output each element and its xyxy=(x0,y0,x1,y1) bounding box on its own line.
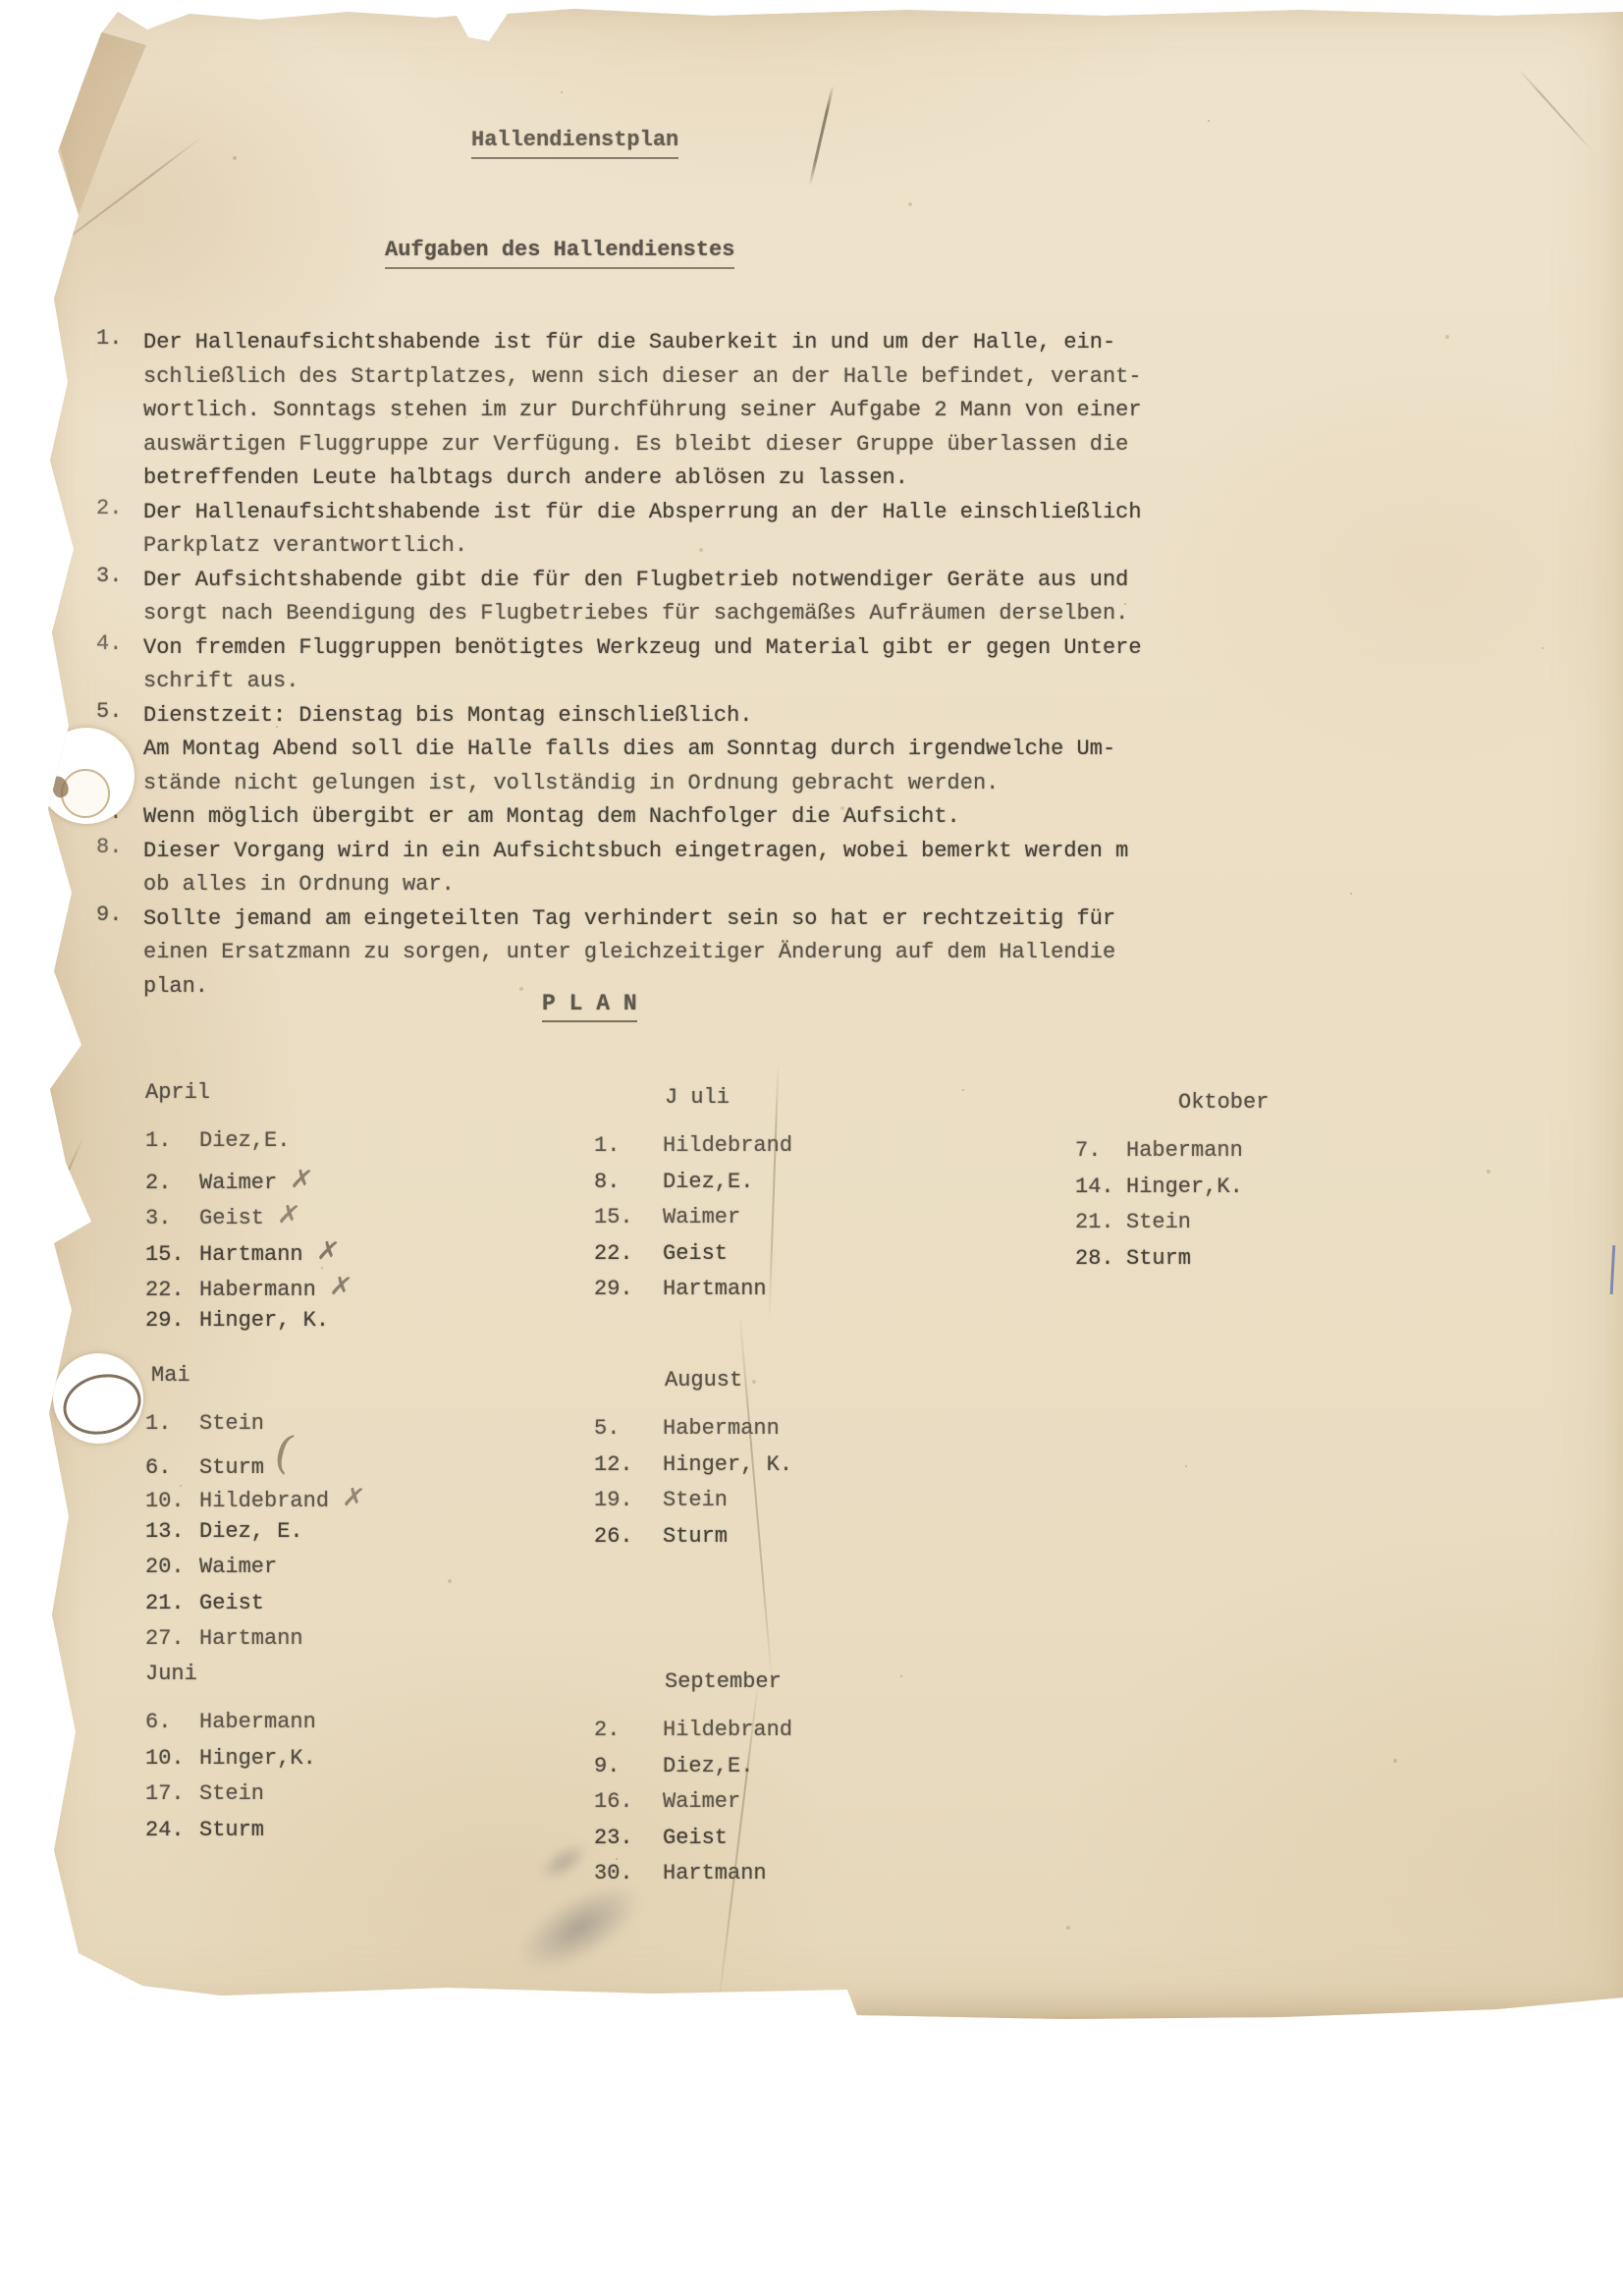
month-mai: Mai1.Stein6.Sturm(10.Hildebrand✗13.Diez,… xyxy=(145,1363,365,1663)
plan-day: 6. xyxy=(145,1455,199,1480)
plan-person-name: Geist xyxy=(663,1826,728,1850)
document-subtitle: Aufgaben des Hallendienstes xyxy=(385,238,734,269)
plan-entry: 16.Waimer xyxy=(594,1789,792,1826)
plan-entry: 20.Waimer xyxy=(145,1555,365,1591)
month-juli: J uli1.Hildebrand8.Diez,E.15.Waimer22.Ge… xyxy=(594,1085,792,1313)
handwritten-mark: ✗ xyxy=(315,1234,342,1268)
plan-person-name: Hartmann xyxy=(663,1277,767,1301)
rule-line: schließlich des Startplatzes, wenn sich … xyxy=(143,360,1569,395)
plan-entry: 12.Hinger, K. xyxy=(594,1452,792,1489)
rule-line: einen Ersatzmann zu sorgen, unter gleich… xyxy=(143,936,1569,970)
plan-person-name: Waimer xyxy=(199,1555,277,1579)
month-name: August xyxy=(665,1368,792,1393)
rule-line: Am Montag Abend soll die Halle falls die… xyxy=(143,733,1569,767)
plan-entry: 23.Geist xyxy=(594,1826,792,1862)
rule-line: plan. xyxy=(143,970,1569,1005)
handwritten-mark: ✗ xyxy=(289,1163,315,1196)
rule-line: Der Hallenaufsichtshabende ist für die A… xyxy=(143,496,1569,530)
plan-entry: 14.Hinger,K. xyxy=(1075,1175,1269,1211)
month-name: Juni xyxy=(145,1662,316,1686)
plan-day: 8. xyxy=(594,1170,663,1194)
rule-line: betreffenden Leute halbtags durch andere… xyxy=(143,462,1569,496)
plan-person-name: Hildebrand xyxy=(663,1133,792,1158)
plan-day: 22. xyxy=(594,1241,663,1266)
plan-day: 14. xyxy=(1075,1175,1126,1199)
rule-line: wortlich. Sonntags stehen im zur Durchfü… xyxy=(143,394,1569,428)
rule-line: Parkplatz verantwortlich. xyxy=(143,529,1569,564)
plan-entry: 22.Habermann✗ xyxy=(145,1272,352,1308)
plan-day: 3. xyxy=(145,1206,199,1230)
plan-person-name: Waimer xyxy=(663,1789,740,1814)
plan-day: 28. xyxy=(1075,1246,1126,1271)
plan-entry: 15.Waimer xyxy=(594,1205,792,1241)
plan-entry: 17.Stein xyxy=(145,1781,316,1818)
plan-person-name: Habermann xyxy=(199,1710,316,1734)
plan-person-name: Hildebrand xyxy=(663,1718,792,1742)
rule-text: Dienstzeit: Dienstag bis Montag einschli… xyxy=(143,699,1569,734)
rule-line: Dienstzeit: Dienstag bis Montag einschli… xyxy=(143,699,1569,734)
plan-day: 10. xyxy=(145,1746,199,1771)
punch-hole-inner-ring xyxy=(61,769,110,818)
month-april: April1.Diez,E.2.Waimer✗3.Geist✗15.Hartma… xyxy=(145,1080,352,1343)
plan-person-name: Habermann xyxy=(199,1278,316,1302)
plan-person-name: Hartmann xyxy=(663,1861,767,1886)
rule-line: auswärtigen Fluggruppe zur Verfügung. Es… xyxy=(143,428,1569,463)
rule-item: 1.Der Hallenaufsichtshabende ist für die… xyxy=(96,326,1569,496)
plan-day: 7. xyxy=(1075,1138,1126,1163)
plan-entry: 10.Hildebrand✗ xyxy=(145,1483,365,1519)
rule-number: 9. xyxy=(96,902,143,1005)
plan-entry: 29.Hinger, K. xyxy=(145,1308,352,1344)
plan-entry: 9.Diez,E. xyxy=(594,1754,792,1790)
plan-day: 2. xyxy=(594,1718,663,1742)
plan-entry: 8.Diez,E. xyxy=(594,1170,792,1206)
plan-day: 16. xyxy=(594,1789,663,1814)
plan-day: 26. xyxy=(594,1524,663,1549)
plan-person-name: Sturm xyxy=(199,1455,264,1480)
rule-text: Von fremden Fluggruppen benötigtes Werkz… xyxy=(143,631,1569,699)
plan-day: 6. xyxy=(145,1710,199,1734)
plan-entry: 3.Geist✗ xyxy=(145,1200,352,1236)
rule-number: 4. xyxy=(96,631,143,699)
rule-item: 5.Dienstzeit: Dienstag bis Montag einsch… xyxy=(96,699,1569,734)
plan-entry: 2.Waimer✗ xyxy=(145,1165,352,1201)
month-name: Oktober xyxy=(1178,1090,1269,1115)
plan-entry: 24.Sturm xyxy=(145,1818,316,1854)
rule-text: Sollte jemand am eingeteilten Tag verhin… xyxy=(143,902,1569,1005)
rule-text: Wenn möglich übergibt er am Montag dem N… xyxy=(143,800,1569,835)
paper-sheet: Hallendienstplan Aufgaben des Hallendien… xyxy=(25,4,1623,2019)
plan-day: 29. xyxy=(145,1308,199,1333)
typewritten-content: Hallendienstplan Aufgaben des Hallendien… xyxy=(25,4,1623,2019)
month-september: September2.Hildebrand9.Diez,E.16.Waimer2… xyxy=(594,1669,792,1897)
plan-person-name: Hinger,K. xyxy=(199,1746,316,1771)
rule-line: Sollte jemand am eingeteilten Tag verhin… xyxy=(143,902,1569,937)
plan-person-name: Habermann xyxy=(663,1416,780,1441)
plan-day: 29. xyxy=(594,1277,663,1301)
plan-person-name: Geist xyxy=(663,1241,728,1266)
rule-item: 8.Dieser Vorgang wird in ein Aufsichtsbu… xyxy=(96,835,1569,902)
plan-day: 23. xyxy=(594,1826,663,1850)
rule-text: Der Hallenaufsichtshabende ist für die S… xyxy=(143,326,1569,496)
month-name: J uli xyxy=(665,1085,792,1110)
plan-day: 15. xyxy=(145,1242,199,1267)
plan-day: 21. xyxy=(1075,1210,1126,1234)
rule-item: 3.Der Aufsichtshabende gibt die für den … xyxy=(96,564,1569,631)
rule-item: 4.Von fremden Fluggruppen benötigtes Wer… xyxy=(96,631,1569,699)
plan-person-name: Sturm xyxy=(1126,1246,1191,1271)
plan-person-name: Hildebrand xyxy=(199,1489,329,1513)
rule-text: Der Aufsichtshabende gibt die für den Fl… xyxy=(143,564,1569,631)
rule-line: Von fremden Fluggruppen benötigtes Werkz… xyxy=(143,631,1569,666)
plan-person-name: Diez,E. xyxy=(663,1754,753,1778)
handwritten-mark: ( xyxy=(273,1440,295,1463)
plan-day: 13. xyxy=(145,1519,199,1544)
plan-person-name: Diez, E. xyxy=(199,1519,303,1544)
handwritten-mark: ✗ xyxy=(341,1482,367,1515)
rule-item: 9.Sollte jemand am eingeteilten Tag verh… xyxy=(96,902,1569,1005)
rule-text: Am Montag Abend soll die Halle falls die… xyxy=(143,733,1569,800)
rule-line: schrift aus. xyxy=(143,665,1569,699)
plan-day: 12. xyxy=(594,1452,663,1477)
plan-entry: 29.Hartmann xyxy=(594,1277,792,1313)
paper-speckles xyxy=(25,4,27,6)
plan-person-name: Waimer xyxy=(663,1205,740,1230)
plan-person-name: Hartmann xyxy=(199,1626,303,1651)
plan-entry: 10.Hinger,K. xyxy=(145,1746,316,1782)
plan-entry: 13.Diez, E. xyxy=(145,1519,365,1556)
plan-entry: 15.Hartmann✗ xyxy=(145,1236,352,1273)
plan-entry: 6.Habermann xyxy=(145,1710,316,1746)
month-juni: Juni6.Habermann10.Hinger,K.17.Stein24.St… xyxy=(145,1662,316,1853)
rule-item: 6.Am Montag Abend soll die Halle falls d… xyxy=(96,733,1569,800)
plan-person-name: Diez,E. xyxy=(199,1128,290,1153)
plan-day: 1. xyxy=(145,1411,199,1436)
plan-entry: 1.Stein xyxy=(145,1411,365,1448)
plan-person-name: Sturm xyxy=(663,1524,728,1549)
plan-day: 1. xyxy=(145,1128,199,1153)
rule-number: 1. xyxy=(96,326,143,496)
month-august: August5.Habermann12.Hinger, K.19.Stein26… xyxy=(594,1368,792,1559)
rule-item: 7.Wenn möglich übergibt er am Montag dem… xyxy=(96,800,1569,835)
plan-person-name: Geist xyxy=(199,1591,264,1615)
plan-day: 10. xyxy=(145,1489,199,1513)
month-name: April xyxy=(145,1080,352,1105)
rule-line: Dieser Vorgang wird in ein Aufsichtsbuch… xyxy=(143,835,1569,869)
rule-text: Der Hallenaufsichtshabende ist für die A… xyxy=(143,496,1569,564)
plan-day: 24. xyxy=(145,1818,199,1842)
rule-line: Wenn möglich übergibt er am Montag dem N… xyxy=(143,800,1569,835)
rule-number: 2. xyxy=(96,496,143,564)
month-name: Mai xyxy=(151,1363,365,1388)
plan-person-name: Hartmann xyxy=(199,1242,303,1267)
plan-person-name: Waimer xyxy=(199,1171,277,1195)
rule-line: stände nicht gelungen ist, vollständig i… xyxy=(143,767,1569,801)
plan-day: 17. xyxy=(145,1781,199,1806)
rule-number: 3. xyxy=(96,564,143,631)
handwritten-mark: ✗ xyxy=(328,1271,354,1304)
plan-entry: 6.Sturm( xyxy=(145,1448,365,1484)
plan-day: 20. xyxy=(145,1555,199,1579)
plan-person-name: Hinger,K. xyxy=(1126,1175,1243,1199)
month-oktober: Oktober7.Habermann14.Hinger,K.21.Stein28… xyxy=(1075,1090,1269,1282)
rule-number: 8. xyxy=(96,835,143,902)
plan-day: 2. xyxy=(145,1171,199,1195)
plan-day: 27. xyxy=(145,1626,199,1651)
plan-person-name: Hinger, K. xyxy=(199,1308,329,1333)
plan-entry: 19.Stein xyxy=(594,1488,792,1524)
plan-person-name: Geist xyxy=(199,1206,264,1230)
rule-line: ob alles in Ordnung war. xyxy=(143,868,1569,902)
plan-entry: 28.Sturm xyxy=(1075,1246,1269,1283)
handwritten-mark: ✗ xyxy=(276,1199,302,1232)
plan-person-name: Stein xyxy=(199,1411,264,1436)
plan-entry: 27.Hartmann xyxy=(145,1626,365,1663)
plan-day: 30. xyxy=(594,1861,663,1886)
plan-entry: 5.Habermann xyxy=(594,1416,792,1452)
plan-entry: 21.Geist xyxy=(145,1591,365,1627)
plan-day: 22. xyxy=(145,1278,199,1302)
plan-entry: 1.Hildebrand xyxy=(594,1133,792,1170)
rule-line: sorgt nach Beendigung des Flugbetriebes … xyxy=(143,597,1569,631)
plan-person-name: Hinger, K. xyxy=(663,1452,792,1477)
plan-day: 21. xyxy=(145,1591,199,1615)
plan-day: 9. xyxy=(594,1754,663,1778)
plan-entry: 1.Diez,E. xyxy=(145,1128,352,1165)
rule-item: 2.Der Hallenaufsichtshabende ist für die… xyxy=(96,496,1569,564)
plan-person-name: Habermann xyxy=(1126,1138,1243,1163)
plan-person-name: Sturm xyxy=(199,1818,264,1842)
rule-number: 5. xyxy=(96,699,143,734)
plan-person-name: Diez,E. xyxy=(663,1170,753,1194)
plan-person-name: Stein xyxy=(663,1488,728,1512)
plan-person-name: Stein xyxy=(199,1781,264,1806)
plan-day: 15. xyxy=(594,1205,663,1230)
plan-entry: 7.Habermann xyxy=(1075,1138,1269,1175)
month-name: September xyxy=(665,1669,792,1694)
plan-day: 5. xyxy=(594,1416,663,1441)
rule-line: Der Aufsichtshabende gibt die für den Fl… xyxy=(143,564,1569,598)
plan-entry: 21.Stein xyxy=(1075,1210,1269,1246)
plan-entry: 26.Sturm xyxy=(594,1524,792,1560)
plan-day: 1. xyxy=(594,1133,663,1158)
rule-text: Dieser Vorgang wird in ein Aufsichtsbuch… xyxy=(143,835,1569,902)
plan-entry: 22.Geist xyxy=(594,1241,792,1278)
rules-list: 1.Der Hallenaufsichtshabende ist für die… xyxy=(96,326,1569,1004)
plan-day: 19. xyxy=(594,1488,663,1512)
document-title: Hallendienstplan xyxy=(471,128,678,159)
plan-person-name: Stein xyxy=(1126,1210,1191,1234)
rule-line: Der Hallenaufsichtshabende ist für die S… xyxy=(143,326,1569,360)
plan-heading: P L A N xyxy=(542,991,637,1022)
plan-entry: 2.Hildebrand xyxy=(594,1718,792,1754)
